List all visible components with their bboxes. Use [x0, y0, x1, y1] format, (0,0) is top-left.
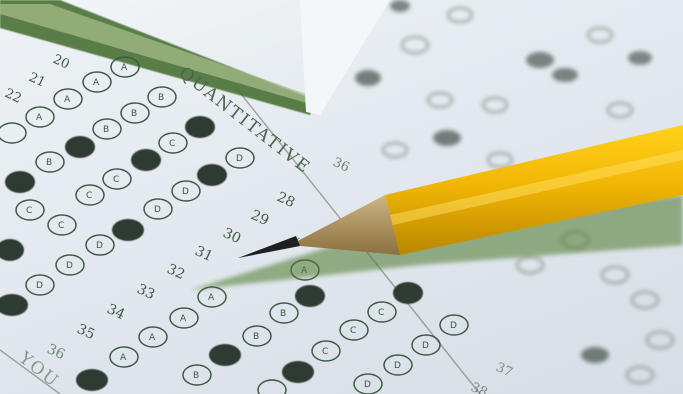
- svg-text:D: D: [422, 341, 429, 351]
- svg-text:D: D: [364, 380, 371, 390]
- svg-text:C: C: [378, 308, 384, 318]
- svg-text:B: B: [131, 109, 137, 119]
- svg-text:C: C: [26, 206, 32, 216]
- svg-text:B: B: [103, 125, 109, 135]
- svg-text:36: 36: [44, 341, 67, 363]
- svg-text:C: C: [169, 139, 175, 149]
- answer-sheet-photo: QUANTITATIVE YOU 20 21 22 28 29 30 31 32…: [0, 0, 683, 394]
- svg-text:A: A: [64, 95, 71, 105]
- svg-text:B: B: [193, 371, 199, 381]
- pencil-wood-tip: [290, 195, 400, 255]
- svg-text:20: 20: [50, 52, 71, 73]
- svg-text:A: A: [121, 63, 128, 73]
- svg-text:D: D: [394, 361, 401, 371]
- svg-text:B: B: [253, 332, 259, 342]
- svg-text:A: A: [180, 314, 187, 324]
- svg-text:B: B: [158, 93, 164, 103]
- svg-text:35: 35: [74, 321, 97, 343]
- svg-text:37: 37: [493, 360, 514, 381]
- svg-text:D: D: [96, 241, 103, 251]
- photo-illustration: QUANTITATIVE YOU 20 21 22 28 29 30 31 32…: [0, 0, 683, 394]
- svg-text:D: D: [36, 281, 43, 291]
- svg-text:B: B: [280, 309, 286, 319]
- svg-text:31: 31: [192, 243, 215, 265]
- svg-text:D: D: [450, 321, 457, 331]
- svg-text:A: A: [149, 333, 156, 343]
- svg-text:B: B: [46, 158, 52, 168]
- svg-text:A: A: [36, 113, 43, 123]
- svg-text:A: A: [120, 353, 127, 363]
- svg-text:22: 22: [2, 86, 23, 107]
- svg-text:C: C: [322, 347, 328, 357]
- svg-text:C: C: [113, 175, 119, 185]
- svg-text:34: 34: [104, 301, 127, 323]
- svg-text:A: A: [93, 78, 100, 88]
- svg-text:32: 32: [164, 261, 187, 283]
- svg-text:C: C: [350, 326, 356, 336]
- svg-text:28: 28: [274, 189, 297, 211]
- svg-text:D: D: [66, 261, 73, 271]
- svg-text:A: A: [208, 293, 215, 303]
- svg-text:C: C: [58, 221, 64, 231]
- svg-text:D: D: [154, 205, 161, 215]
- svg-text:21: 21: [26, 70, 47, 91]
- svg-text:C: C: [86, 191, 92, 201]
- svg-text:33: 33: [134, 281, 157, 303]
- svg-text:D: D: [182, 187, 189, 197]
- svg-text:38: 38: [468, 380, 489, 394]
- svg-text:29: 29: [248, 207, 271, 229]
- svg-text:30: 30: [220, 225, 243, 247]
- svg-text:D: D: [236, 154, 243, 164]
- svg-text:36: 36: [330, 155, 351, 176]
